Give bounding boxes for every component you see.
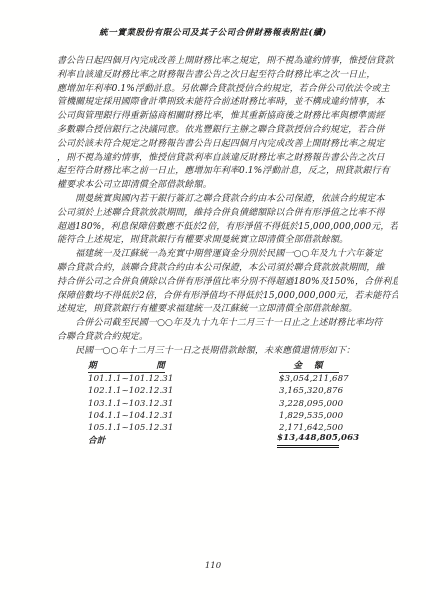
body-text-line: 能符合上述規定，則貸款銀行有權要求開曼統實立即清償全部借款餘額。 [57,234,398,248]
body-text-line: 公司須於上述聯合貸款放款期間，維持合併負債總額除以合併有形淨值之比率不得 [57,207,398,221]
notes-body: 書公告日起四個月內完成改善上開財務比率之規定，則不視為違約情事，惟授信貸款 利率… [57,55,398,448]
table-row: 104.1.1~104.12.31 1,829,535,000 [88,410,339,422]
body-text-line: 公司與管理銀行得重新協商相關財務比率，惟其重新協商後之財務比率與標準需經 [57,110,398,124]
period-cell: 103.1.1~103.12.31 [88,398,173,410]
period-cell: 101.1.1~101.12.31 [88,373,173,385]
body-text-line: 起至符合財務比率之前一日止，應增加年利率0.1%浮動計息，反之，則貸款銀行有 [57,165,398,179]
table-row: 102.1.1~102.12.31 3,165,320,876 [88,385,339,397]
body-text-line: 開曼統實與國內若干銀行簽訂之聯合貸款合約由本公司保證，依該合約規定本 [57,193,398,207]
column-header-amount: 金 額 [279,360,339,373]
body-text-line: 書公告日起四個月內完成改善上開財務比率之規定，則不視為違約情事，惟授信貸款 [57,55,398,69]
body-text-line: 超過180%，利息保障倍數應不低於2倍，有形淨值不得低於15,000,000,0… [57,221,398,235]
page-number: 110 [0,561,426,571]
body-text-line: 應增加年利率0.1%浮動計息。另依聯合貸款授信合約規定，若合併公司依法令或主 [57,83,398,97]
body-text-line: 合聯合貸款合約規定。 [57,331,398,345]
table-body: 101.1.1~101.12.31 $3,054,211,687 102.1.1… [88,373,339,435]
page-title: 統一實業股份有限公司及其子公司合併財務報表附註(續) [0,26,426,38]
body-text-line: 民國一○○年十二月三十一日之長期借款餘額，未來應償還情形如下： [57,345,398,359]
amount-cell: 3,228,095,000 [279,398,339,410]
body-text-line: 述規定，則貸款銀行有權要求福建統一及江蘇統一立即清償全部借款餘額。 [57,303,398,317]
body-text-line: 保障倍數均不得低於2倍，合併有形淨值均不得低於15,000,000,000元，若… [57,290,398,304]
column-header-period: 期間 [88,360,165,373]
body-paragraph-lines: 書公告日起四個月內完成改善上開財務比率之規定，則不視為違約情事，惟授信貸款 利率… [57,55,398,359]
period-cell: 102.1.1~102.12.31 [88,385,173,397]
total-label: 合計 [88,435,105,447]
amount-cell: 3,165,320,876 [279,385,339,397]
table-row: 101.1.1~101.12.31 $3,054,211,687 [88,373,339,385]
table-header-row: 期間 金 額 [88,361,339,373]
period-cell: 105.1.1~105.12.31 [88,422,173,434]
body-text-line: ，則不視為違約情事，惟授信貸款利率自該違反財務比率之財務報告書公告之次日 [57,152,398,166]
body-text-line: 公司於該未符合規定之財務報告書公告日起四個月內完成改善上開財務比率之規定 [57,138,398,152]
body-text-line: 權要求本公司立即清償全部借款餘額。 [57,179,398,193]
amount-value: 3,054,211,687 [285,373,349,385]
body-text-line: 聯合貸款合約，該聯合貸款合約由本公司保證，本公司須於聯合貸款放款期間，維 [57,262,398,276]
period-cell: 104.1.1~104.12.31 [88,410,173,422]
body-text-line: 合併公司截至民國一○○年及九十九年十二月三十一日止之上述財務比率均符 [57,317,398,331]
amount-cell: 1,829,535,000 [279,410,339,422]
total-amount-value: 13,448,805,063 [283,432,359,444]
body-text-line: 利率自該違反財務比率之財務報告書公告之次日起至符合財務比率之次一日止， [57,69,398,83]
table-total-row: 合計 $13,448,805,063 [88,435,339,447]
body-text-line: 福建統一及江蘇統一為充實中期營運資金分別於民國一○○年及九十六年簽定 [57,248,398,262]
amount-value: 3,165,320,876 [279,385,343,397]
amount-value: 1,829,535,000 [279,410,343,422]
body-text-line: 管機關規定採用國際會計準則致未能符合前述財務比率時，並不構成違約情事，本 [57,96,398,110]
amount-cell: $3,054,211,687 [279,373,339,385]
total-amount-cell: $13,448,805,063 [277,432,339,447]
table-row: 103.1.1~103.12.31 3,228,095,000 [88,398,339,410]
financial-notes-page: 統一實業股份有限公司及其子公司合併財務報表附註(續) 書公告日起四個月內完成改善… [0,0,426,600]
body-text-line: 持合併公司之合併負債除以合併有形淨值比率分別不得超過180%及150%，合併利息 [57,276,398,290]
repayment-schedule-table: 期間 金 額 101.1.1~101.12.31 $3,054,211,687 … [88,361,339,448]
amount-value: 3,228,095,000 [279,398,343,410]
body-text-line: 多數聯合授信銀行之決議同意。依兆豐銀行主辦之聯合貸款授信合約規定，若合併 [57,124,398,138]
